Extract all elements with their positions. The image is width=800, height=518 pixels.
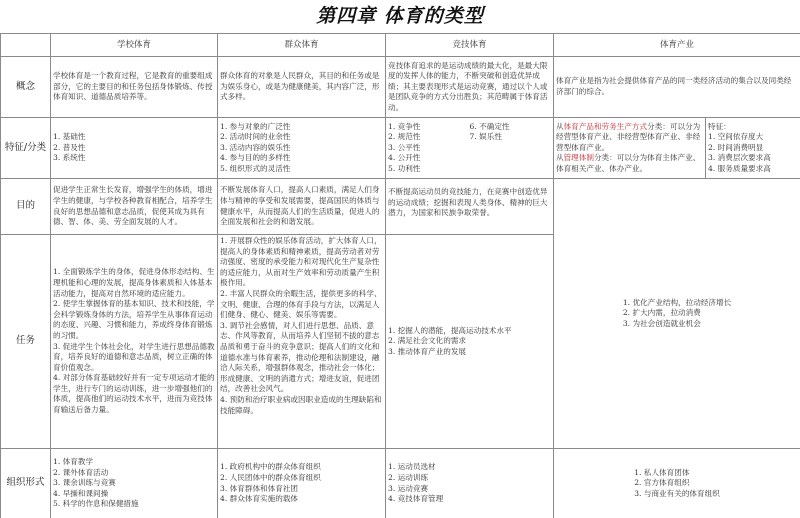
list-item: 1. 政府机构中的群众体育组织: [220, 462, 383, 473]
list-item: 2. 普及性: [53, 143, 215, 154]
list-item: 1. 挖掘人的潜能，提高运动技术水平: [388, 326, 551, 337]
text-prefix: 从: [556, 122, 564, 131]
list-item: 1. 优化产业结构，拉动经济增长: [623, 298, 731, 309]
list-item: 2. 规范性: [388, 132, 470, 143]
list-item: 4. 早操和课间操: [53, 489, 215, 500]
cell-tasks-industry: 1. 优化产业结构，拉动经济增长 2. 扩大内需，拉动消费 3. 为社会创造就业…: [554, 179, 800, 449]
cell-organization-school: 1. 体育教学 2. 课外体育活动 3. 课余训练与竞赛 4. 早操和课间操 5…: [51, 449, 218, 518]
cell-concept-competitive: 竞技体育追求的是运动成绩的最大化，是最大限度的发挥人体的能力，不断突破和创造优异…: [386, 57, 554, 118]
list-item: 3. 体育群体和体育社团: [220, 484, 383, 495]
list-item: 3. 促进学生个体社会化，对学生进行思想品德教育，培养良好的道德和意志品质，树立…: [53, 342, 215, 374]
list-item: 4. 服务质量要求高: [708, 164, 798, 175]
list-item: 1. 开展群众性的娱乐体育活动，扩大体育人口，提高人的身体素质和精神素质，提高劳…: [220, 236, 383, 289]
list-item: 4. 参与目的的多样性: [220, 153, 383, 164]
row-label-purpose: 目的: [1, 179, 51, 235]
row-label-organization: 组织形式: [1, 449, 51, 518]
list-item: 2. 丰富人民群众的余暇生活，提供更多的科学、文明、健康、合理的体育手段与方法，…: [220, 289, 383, 321]
list-item: 3. 公平性: [388, 143, 470, 154]
col-header-industry: 体育产业: [554, 34, 800, 57]
list-item: 2. 课外体育活动: [53, 468, 215, 479]
row-label-concept: 概念: [1, 57, 51, 118]
cell-tasks-mass: 1. 开展群众性的娱乐体育活动，扩大体育人口，提高人的身体素质和精神素质，提高劳…: [218, 235, 386, 449]
sports-types-table: 学校体育 群众体育 竞技体育 体育产业 概念 学校体育是一个教育过程，它是教育的…: [0, 33, 800, 518]
list-item: 2. 运动训练: [388, 473, 551, 484]
row-purpose: 目的 促进学生正常生长发育，增强学生的体质，增进学生的健康，与学校各种教育相配合…: [1, 179, 800, 235]
list-item: 3. 课余训练与竞赛: [53, 478, 215, 489]
list-item: 4. 群众体育实施的载体: [220, 494, 383, 505]
text-prefix: 从: [556, 153, 564, 162]
list-item: 5. 功利性: [388, 164, 470, 175]
list-item: 5. 科学的作息和保健措施: [53, 499, 215, 510]
cell-features-industry-traits: 特征： 1. 空间依存度大 2. 时间消费明显 3. 消费层次要求高 4. 服务…: [706, 118, 800, 179]
features-competitive-col-b: 6. 不确定性 7. 娱乐性: [470, 122, 552, 143]
cell-tasks-school: 1. 全面锻炼学生的身体，促进身体形态结构、生理机能和心理的发展，提高身体素质和…: [51, 235, 218, 449]
cell-purpose-school: 促进学生正常生长发育，增强学生的体质，增进学生的健康，与学校各种教育相配合，培养…: [51, 179, 218, 235]
cell-organization-mass: 1. 政府机构中的群众体育组织 2. 人民团体中的群众体育组织 3. 体育群体和…: [218, 449, 386, 518]
cell-purpose-mass: 不断发展体育人口，提高人口素质，满足人们身体与精神的享受和发展需要，提高国民的体…: [218, 179, 386, 235]
list-item: 3. 调节社会感情，对人们进行思想、品质、意志、作风等教育，从而培养人们坚韧不拔…: [220, 321, 383, 395]
cell-features-competitive: 1. 竞争性 2. 规范性 3. 公平性 4. 公开性 5. 功利性 6. 不确…: [386, 118, 554, 179]
header-row: 学校体育 群众体育 竞技体育 体育产业: [1, 34, 800, 57]
cell-concept-mass: 群众体育的对象是人民群众，其目的和任务或是为娱乐身心，或是为健康健美，其内容广泛…: [218, 57, 386, 118]
list-item: 3. 与商业有关的体育组织: [634, 489, 720, 500]
list-item: 2. 人民团体中的群众体育组织: [220, 473, 383, 484]
list-item: 2. 活动时间的业余性: [220, 132, 383, 143]
list-item: 1. 空间依存度大: [708, 132, 798, 143]
list-item: 3. 为社会创造就业机会: [623, 319, 731, 330]
row-label-tasks: 任务: [1, 235, 51, 449]
highlight-production-mode: 体育产品和劳务生产方式: [564, 122, 648, 131]
list-item: 7. 娱乐性: [470, 132, 552, 143]
cell-concept-industry: 体育产业是指为社会提供体育产品的同一类经济活动的集合以及同类经济部门的综合。: [554, 57, 800, 118]
list-item: 1. 竞争性: [388, 122, 470, 133]
list-item: 1. 基础性: [53, 132, 215, 143]
list-item: 3. 推动体育产业的发展: [388, 347, 551, 358]
col-header-mass: 群众体育: [218, 34, 386, 57]
highlight-management-system: 管理体制: [564, 153, 594, 162]
list-item: 6. 不确定性: [470, 122, 552, 133]
list-item: 2. 扩大内需，拉动消费: [623, 308, 731, 319]
cell-features-industry-classification: 从体育产品和劳务生产方式分类：可以分为经营型体育产业、非经营型体育产业、非经营型…: [554, 118, 706, 179]
cell-features-mass: 1. 参与对象的广泛性 2. 活动时间的业余性 3. 活动内容的娱乐性 4. 参…: [218, 118, 386, 179]
cell-tasks-competitive: 1. 挖掘人的潜能，提高运动技术水平 2. 满足社会文化的需求 3. 推动体育产…: [386, 235, 554, 449]
row-features: 特征/分类 1. 基础性 2. 普及性 3. 系统性 1. 参与对象的广泛性 2…: [1, 118, 800, 179]
row-concept: 概念 学校体育是一个教育过程，它是教育的重要组成部分，它的主要目的和任务包括身体…: [1, 57, 800, 118]
list-item: 5. 组织形式的灵活性: [220, 164, 383, 175]
cell-organization-industry: 1. 私人体育团体 2. 官方体育组织 3. 与商业有关的体育组织: [554, 449, 800, 518]
col-header-school: 学校体育: [51, 34, 218, 57]
list-item: 4. 公开性: [388, 153, 470, 164]
list-item: 2. 时间消费明显: [708, 143, 798, 154]
list-item: 2. 满足社会文化的需求: [388, 336, 551, 347]
list-item: 2. 使学生掌握体育的基本知识、技术和技能，学会科学锻炼身体的方法，培养学生从事…: [53, 299, 215, 341]
list-item: 1. 私人体育团体: [634, 468, 720, 479]
list-item: 4. 对部分体育基础较好并有一定专项运动才能的学生，进行专门的运动训练，进一步增…: [53, 373, 215, 415]
col-header-competitive: 竞技体育: [386, 34, 554, 57]
cell-features-school: 1. 基础性 2. 普及性 3. 系统性: [51, 118, 218, 179]
list-item: 4. 竞技体育管理: [388, 494, 551, 505]
list-item: 1. 体育教学: [53, 457, 215, 468]
cell-organization-competitive: 1. 运动员选材 2. 运动训练 3. 运动竞赛 4. 竞技体育管理: [386, 449, 554, 518]
cell-concept-school: 学校体育是一个教育过程，它是教育的重要组成部分，它的主要目的和任务包括身体锻炼、…: [51, 57, 218, 118]
list-item: 特征：: [708, 122, 798, 133]
list-item: 3. 运动竞赛: [388, 484, 551, 495]
cell-purpose-competitive: 不断提高运动员的竞技能力，在竞赛中创造优异的运动成绩；挖掘和表现人类身体、精神的…: [386, 179, 554, 235]
page-title: 第四章 体育的类型: [0, 0, 800, 33]
row-organization: 组织形式 1. 体育教学 2. 课外体育活动 3. 课余训练与竞赛 4. 早操和…: [1, 449, 800, 518]
list-item: 1. 全面锻炼学生的身体，促进身体形态结构、生理机能和心理的发展，提高身体素质和…: [53, 267, 215, 299]
list-item: 3. 消费层次要求高: [708, 153, 798, 164]
row-label-features: 特征/分类: [1, 118, 51, 179]
list-item: 1. 参与对象的广泛性: [220, 122, 383, 133]
list-item: 3. 活动内容的娱乐性: [220, 143, 383, 154]
corner-cell: [1, 34, 51, 57]
list-item: 4. 预防和治疗职业病或因职业造成的生理缺陷和技能障碍。: [220, 395, 383, 416]
list-item: 3. 系统性: [53, 153, 215, 164]
list-item: 1. 运动员选材: [388, 462, 551, 473]
list-item: 2. 官方体育组织: [634, 478, 720, 489]
features-competitive-col-a: 1. 竞争性 2. 规范性 3. 公平性 4. 公开性 5. 功利性: [388, 122, 470, 175]
